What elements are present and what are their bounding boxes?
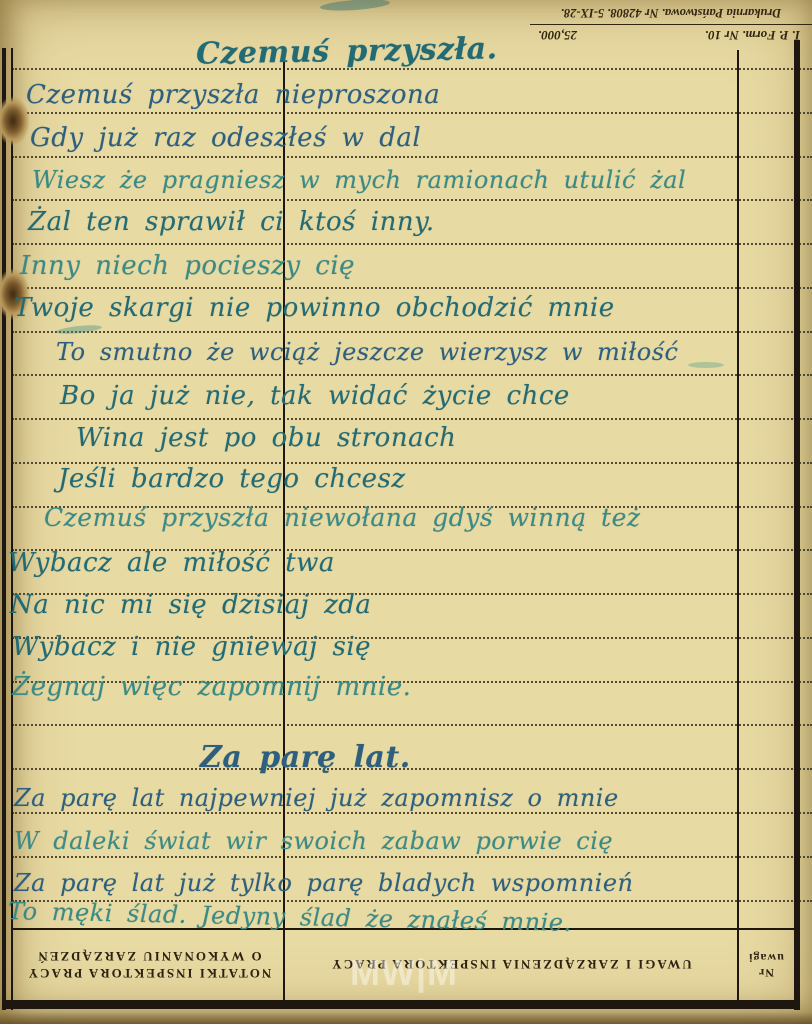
handwritten-line: Bo ja już nie, tak widać życie chce <box>60 381 570 411</box>
footer-left-line1: NOTATKI INSPEKTORA PRACY <box>27 965 271 982</box>
poem-title: Za parę lat. <box>200 740 411 775</box>
left-outer-border <box>2 48 6 1010</box>
right-outer-border <box>794 40 800 1010</box>
handwritten-line: Żal ten sprawił ci ktoś inny. <box>28 207 435 237</box>
handwritten-line: To smutno że wciąż jeszcze wierzysz w mi… <box>56 338 678 366</box>
handwritten-line: Czemuś przyszła nieproszona <box>26 80 440 110</box>
footer-right-line2: uwagi <box>748 950 784 965</box>
handwritten-line: Wina jest po obu stronach <box>76 423 456 453</box>
handwritten-line: Żegnaj więc zapomnij mnie. <box>12 672 411 702</box>
handwritten-line: Gdy już raz odeszłeś w dal <box>30 123 421 153</box>
poem-title: Czemuś przyszła. <box>196 31 498 71</box>
printed-form-header: I. P. Form. Nr 10. 25,000. Drukarnia Pań… <box>530 0 812 46</box>
left-inner-border <box>11 48 13 1010</box>
bottom-border <box>2 1000 800 1009</box>
handwritten-line: Za parę lat najpewniej już zapomnisz o m… <box>14 784 619 812</box>
handwritten-line: Za parę lat już tylko parę bladych wspom… <box>14 869 634 897</box>
handwritten-line: W daleki świat wir swoich zabaw porwie c… <box>14 827 613 855</box>
form-number: I. P. Form. Nr 10. <box>705 27 800 43</box>
footer-right-line1: Nr <box>758 965 774 980</box>
right-column-divider <box>737 50 739 1002</box>
handwritten-line: Wybacz ale miłość twa <box>8 548 335 578</box>
footer-left-line2: O WYKONANIU ZARZĄDZEŃ <box>36 948 261 965</box>
handwritten-line: Na nic mi się dzisiaj zda <box>10 590 371 620</box>
handwritten-line: Wiesz że pragniesz w mych ramionach utul… <box>32 166 686 194</box>
handwritten-line: Czemuś przyszła niewołana gdyś winną też <box>44 503 641 532</box>
page-bottom-edge <box>0 1012 812 1024</box>
handwritten-line: Wybacz i nie gniewaj się <box>12 632 371 662</box>
handwritten-line: Twoje skargi nie powinno obchodzić mnie <box>14 293 615 323</box>
ink-smudge <box>688 362 724 368</box>
footer-left-cell: NOTATKI INSPEKTORA PRACY O WYKONANIU ZAR… <box>20 932 278 998</box>
footer-right-cell: Nr uwagi <box>740 932 792 998</box>
print-run-count: 25,000. <box>538 27 577 43</box>
handwritten-line: Jeśli bardzo tego chcesz <box>58 464 406 494</box>
printer-imprint: Drukarnia Państwowa. Nr 42808. 5-IX-28. <box>530 5 812 25</box>
handwritten-line: Inny niech pocieszy cię <box>20 251 355 281</box>
archive-watermark: MW|M <box>350 952 458 994</box>
